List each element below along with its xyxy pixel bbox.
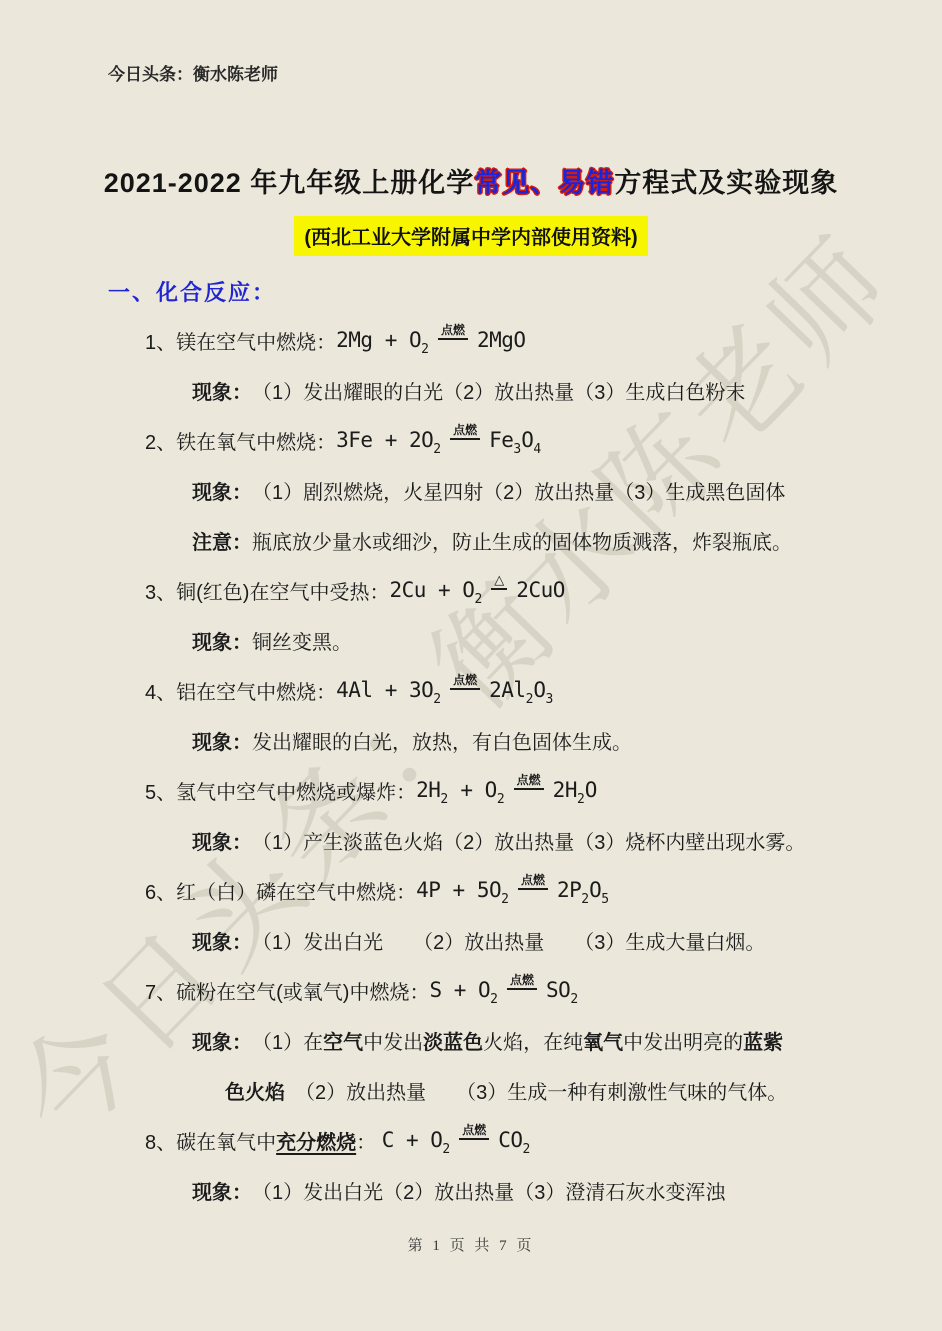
formula-text: Fe	[489, 428, 513, 452]
text-run: 充分燃烧	[276, 1126, 356, 1155]
text-run: 火焰，在纯	[483, 1026, 583, 1055]
subscript: 3	[546, 692, 554, 707]
text-run: 铜丝变黑。	[252, 626, 352, 655]
text-run: 色火焰	[225, 1076, 285, 1105]
formula-text: CO	[498, 1128, 522, 1152]
text-run: 方程式及实验现象	[614, 168, 838, 198]
formula-text: 2P	[557, 878, 581, 902]
equation-line-3: 3、铜(红色)在空气中受热：2Cu + O2△2CuO	[145, 565, 942, 615]
subscript: 2	[501, 892, 509, 907]
text-run: 4、铝在空气中燃烧：	[145, 676, 336, 705]
subscript: 2	[442, 1142, 450, 1157]
reaction-condition: 点燃	[518, 874, 548, 890]
phenomenon-line-7b: 色火焰 （2）放出热量 （3）生成一种有刺激性气味的气体。	[225, 1065, 942, 1115]
phenomenon-line-6: 现象：（1）发出白光 （2）放出热量 （3）生成大量白烟。	[192, 915, 942, 965]
formula-text: O	[533, 678, 545, 702]
reaction-condition: 点燃	[514, 774, 544, 790]
text-run: 2、铁在氧气中燃烧：	[145, 426, 336, 455]
formula-text: 4Al + 3O	[336, 678, 433, 702]
text-run: 常见、易错	[474, 168, 614, 198]
formula-text: O	[585, 778, 597, 802]
subscript: 2	[581, 892, 589, 907]
text-run: 注意：	[192, 526, 252, 555]
source-header: 今日头条：衡水陈老师	[108, 60, 942, 85]
text-run: 现象：	[192, 726, 252, 755]
text-run: 现象：	[192, 826, 252, 855]
text-run: 现象：	[192, 626, 252, 655]
subscript: 2	[577, 792, 585, 807]
text-run: 7、硫粉在空气(或氧气)中燃烧：	[145, 976, 429, 1005]
text-run: 3、铜(红色)在空气中受热：	[145, 576, 389, 605]
text-run: 现象：	[192, 1176, 252, 1205]
equation-line-8: 8、碳在氧气中充分燃烧： C + O2点燃CO2	[145, 1115, 942, 1165]
content-lines: 1、镁在空气中燃烧：2Mg + O2点燃2MgO现象：（1）发出耀眼的白光（2）…	[0, 315, 942, 1215]
subscript: 2	[421, 342, 429, 357]
text-run: （1）产生淡蓝色火焰（2）放出热量（3）烧杯内壁出现水雾。	[252, 826, 805, 855]
formula-text: 2CuO	[516, 578, 565, 602]
page-number-footer: 第 1 页 共 7 页	[0, 1234, 942, 1255]
formula-text: O	[589, 878, 601, 902]
text-run: 8、碳在氧气中	[145, 1126, 276, 1155]
phenomenon-line-1: 现象：（1）发出耀眼的白光（2）放出热量（3）生成白色粉末	[192, 365, 942, 415]
text-run: （1）剧烈燃烧，火星四射（2）放出热量（3）生成黑色固体	[252, 476, 785, 505]
reaction-condition: 点燃	[438, 324, 468, 340]
phenomenon-line-8: 现象：（1）发出白光（2）放出热量（3）澄清石灰水变浑浊	[192, 1165, 942, 1215]
text-run: 1、镁在空气中燃烧：	[145, 326, 336, 355]
formula-text: 2Cu + O	[389, 578, 474, 602]
text-run: 中发出	[363, 1026, 423, 1055]
reaction-condition: 点燃	[507, 974, 537, 990]
document-page: 今日头条：衡水陈老师 2021-2022 年九年级上册化学常见、易错方程式及实验…	[0, 0, 942, 1215]
phenomenon-line-3: 现象：铜丝变黑。	[192, 615, 942, 665]
phenomenon-line-7a: 现象：（1）在空气中发出淡蓝色火焰，在纯氧气中发出明亮的蓝紫	[192, 1015, 942, 1065]
phenomenon-line-4: 现象：发出耀眼的白光，放热，有白色固体生成。	[192, 715, 942, 765]
section-heading: 一、化合反应：	[108, 276, 942, 307]
text-run: （2）放出热量 （3）生成一种有刺激性气味的气体。	[285, 1076, 787, 1105]
formula-text: 2H	[416, 778, 440, 802]
formula-text: SO	[546, 978, 570, 1002]
formula-text: 4P + 5O	[416, 878, 501, 902]
text-run: （1）发出白光 （2）放出热量 （3）生成大量白烟。	[252, 926, 765, 955]
formula-text: S + O	[429, 978, 490, 1002]
formula-text: 2Mg + O	[336, 328, 421, 352]
subscript: 3	[513, 442, 521, 457]
text-run: 2021-2022 年九年级上册化学	[104, 168, 475, 198]
text-run: 5、氢气中空气中燃烧或爆炸：	[145, 776, 416, 805]
phenomenon-line-5: 现象：（1）产生淡蓝色火焰（2）放出热量（3）烧杯内壁出现水雾。	[192, 815, 942, 865]
formula-text: O	[521, 428, 533, 452]
equation-line-5: 5、氢气中空气中燃烧或爆炸：2H2 + O2点燃2H2O	[145, 765, 942, 815]
text-run: 氧气	[583, 1026, 623, 1055]
text-run: 淡蓝色	[423, 1026, 483, 1055]
formula-text: 2MgO	[477, 328, 526, 352]
subscript: 2	[474, 592, 482, 607]
text-run: 6、红（白）磷在空气中燃烧：	[145, 876, 416, 905]
text-run: ：	[356, 1126, 382, 1155]
text-run: 现象：	[192, 1026, 252, 1055]
equation-line-7: 7、硫粉在空气(或氧气)中燃烧：S + O2点燃SO2	[145, 965, 942, 1015]
text-run: （1）发出耀眼的白光（2）放出热量（3）生成白色粉末	[252, 376, 745, 405]
subscript: 2	[490, 992, 498, 1007]
text-run: 中发出明亮的	[623, 1026, 743, 1055]
text-run: 发出耀眼的白光，放热，有白色固体生成。	[252, 726, 632, 755]
subtitle-highlight: (西北工业大学附属中学内部使用资料)	[294, 216, 647, 256]
subscript: 2	[433, 692, 441, 707]
text-run: 瓶底放少量水或细沙，防止生成的固体物质溅落，炸裂瓶底。	[252, 526, 792, 555]
reaction-condition: △	[491, 574, 507, 590]
reaction-condition: 点燃	[459, 1124, 489, 1140]
subscript: 2	[497, 792, 505, 807]
formula-text: 2Al	[489, 678, 525, 702]
note-line-2: 注意：瓶底放少量水或细沙，防止生成的固体物质溅落，炸裂瓶底。	[192, 515, 942, 565]
equation-line-1: 1、镁在空气中燃烧：2Mg + O2点燃2MgO	[145, 315, 942, 365]
formula-text: + O	[448, 778, 497, 802]
equation-line-2: 2、铁在氧气中燃烧：3Fe + 2O2点燃Fe3O4	[145, 415, 942, 465]
document-title: 2021-2022 年九年级上册化学常见、易错方程式及实验现象	[0, 161, 942, 200]
text-run: 现象：	[192, 476, 252, 505]
equation-line-4: 4、铝在空气中燃烧：4Al + 3O2点燃2Al2O3	[145, 665, 942, 715]
phenomenon-line-2: 现象：（1）剧烈燃烧，火星四射（2）放出热量（3）生成黑色固体	[192, 465, 942, 515]
formula-text: C + O	[382, 1128, 443, 1152]
text-run: （1）在	[252, 1026, 323, 1055]
equation-line-6: 6、红（白）磷在空气中燃烧：4P + 5O2点燃2P2O5	[145, 865, 942, 915]
text-run: 现象：	[192, 376, 252, 405]
text-run: 空气	[323, 1026, 363, 1055]
subscript: 2	[526, 692, 534, 707]
formula-text: 3Fe + 2O	[336, 428, 433, 452]
text-run: 蓝紫	[743, 1026, 783, 1055]
subscript: 2	[570, 992, 578, 1007]
text-run: （1）发出白光（2）放出热量（3）澄清石灰水变浑浊	[252, 1176, 725, 1205]
subscript: 4	[533, 442, 541, 457]
subscript: 2	[433, 442, 441, 457]
subtitle-row: (西北工业大学附属中学内部使用资料)	[0, 216, 942, 256]
reaction-condition: 点燃	[450, 424, 480, 440]
subscript: 2	[523, 1142, 531, 1157]
reaction-condition: 点燃	[450, 674, 480, 690]
formula-text: 2H	[553, 778, 577, 802]
text-run: 现象：	[192, 926, 252, 955]
subscript: 5	[601, 892, 609, 907]
subscript: 2	[440, 792, 448, 807]
